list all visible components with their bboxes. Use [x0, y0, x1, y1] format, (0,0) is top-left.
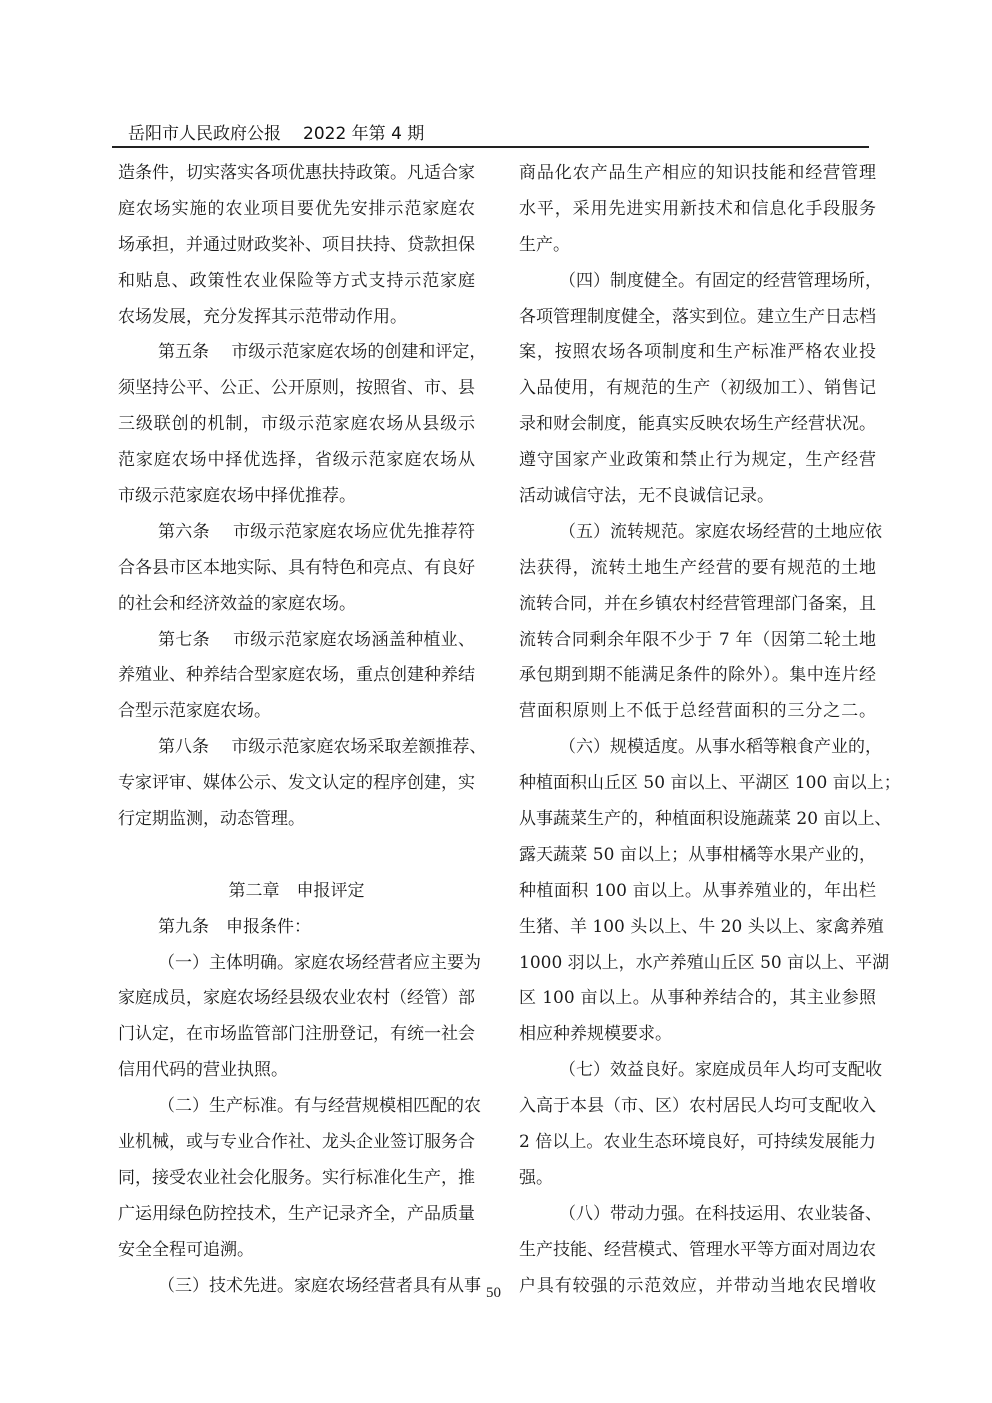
text-line: 种植面积山丘区 50 亩以上、平湖区 100 亩以上； [519, 766, 876, 802]
text-line: 第八条 市级示范家庭农场采取差额推荐、 [118, 730, 475, 766]
right-column: 商品化农产品生产相应的知识技能和经营管理水平，采用先进实用新技术和信息化手段服务… [519, 156, 876, 1305]
text-line: 区 100 亩以上。从事种养结合的，其主业参照 [519, 981, 876, 1017]
text-line: 生猪、羊 100 头以上、牛 20 头以上、家禽养殖 [519, 910, 876, 946]
text-line: 同，接受农业社会化服务。实行标准化生产，推 [118, 1161, 475, 1197]
text-line: 行定期监测，动态管理。 [118, 802, 475, 838]
text-line: 家庭成员，家庭农场经县级农业农村（经管）部 [118, 981, 475, 1017]
text-line: 庭农场实施的农业项目要优先安排示范家庭农 [118, 192, 475, 228]
text-line: 相应种养规模要求。 [519, 1017, 876, 1053]
text-line: （二）生产标准。有与经营规模相匹配的农 [118, 1089, 475, 1125]
text-line: 营面积原则上不低于总经营面积的三分之二。 [519, 694, 876, 730]
text-line: 从事蔬菜生产的，种植面积设施蔬菜 20 亩以上、 [519, 802, 876, 838]
text-line: 1000 羽以上，水产养殖山丘区 50 亩以上、平湖 [519, 946, 876, 982]
text-line: 场承担，并通过财政奖补、项目扶持、贷款担保 [118, 228, 475, 264]
issue-label: 2022 年第 4 期 [303, 124, 424, 144]
text-line: 须坚持公平、公正、公开原则，按照省、市、县 [118, 371, 475, 407]
running-header: 岳阳市人民政府公报2022 年第 4 期 [128, 119, 424, 144]
text-line: 活动诚信守法，无不良诚信记录。 [519, 479, 876, 515]
text-line: 广运用绿色防控技术，生产记录齐全，产品质量 [118, 1197, 475, 1233]
text-line: 第七条 市级示范家庭农场涵盖种植业、 [118, 623, 475, 659]
text-line: （八）带动力强。在科技运用、农业装备、 [519, 1197, 876, 1233]
text-line: 信用代码的营业执照。 [118, 1053, 475, 1089]
text-line: 强。 [519, 1161, 876, 1197]
text-line: （七）效益良好。家庭成员年人均可支配收 [519, 1053, 876, 1089]
text-line: 门认定，在市场监管部门注册登记，有统一社会 [118, 1017, 475, 1053]
text-line: 的社会和经济效益的家庭农场。 [118, 587, 475, 623]
text-line: 户具有较强的示范效应，并带动当地农民增收 [519, 1269, 876, 1305]
chapter-heading: 第二章 申报评定 [118, 874, 475, 910]
text-line: 承包期到期不能满足条件的除外）。集中连片经 [519, 658, 876, 694]
text-line: 和贴息、政策性农业保险等方式支持示范家庭 [118, 264, 475, 300]
text-line: 养殖业、种养结合型家庭农场，重点创建种养结 [118, 658, 475, 694]
text-line: 业机械，或与专业合作社、龙头企业签订服务合 [118, 1125, 475, 1161]
text-line: 第九条 申报条件： [118, 910, 475, 946]
text-line: 合各县市区本地实际、具有特色和亮点、有良好 [118, 551, 475, 587]
text-line: 流转合同，并在乡镇农村经营管理部门备案，且 [519, 587, 876, 623]
text-line: 合型示范家庭农场。 [118, 694, 475, 730]
text-line [118, 838, 475, 874]
text-line: （四）制度健全。有固定的经营管理场所， [519, 264, 876, 300]
text-line: 各项管理制度健全，落实到位。建立生产日志档 [519, 300, 876, 336]
text-line: 安全全程可追溯。 [118, 1233, 475, 1269]
text-line: 商品化农产品生产相应的知识技能和经营管理 [519, 156, 876, 192]
text-line: 2 倍以上。农业生态环境良好，可持续发展能力 [519, 1125, 876, 1161]
text-line: 法获得，流转土地生产经营的要有规范的土地 [519, 551, 876, 587]
text-line: （一）主体明确。家庭农场经营者应主要为 [118, 946, 475, 982]
text-line: 入高于本县（市、区）农村居民人均可支配收入 [519, 1089, 876, 1125]
text-line: 露天蔬菜 50 亩以上；从事柑橘等水果产业的， [519, 838, 876, 874]
text-line: 生产技能、经营模式、管理水平等方面对周边农 [519, 1233, 876, 1269]
page-number: 50 [486, 1285, 501, 1302]
text-line: 生产。 [519, 228, 876, 264]
text-line: （三）技术先进。家庭农场经营者具有从事 [118, 1269, 475, 1305]
text-line: 种植面积 100 亩以上。从事养殖业的，年出栏 [519, 874, 876, 910]
text-line: 流转合同剩余年限不少于 7 年（因第二轮土地 [519, 623, 876, 659]
text-line: 专家评审、媒体公示、发文认定的程序创建，实 [118, 766, 475, 802]
text-line: 水平，采用先进实用新技术和信息化手段服务 [519, 192, 876, 228]
text-line: 遵守国家产业政策和禁止行为规定，生产经营 [519, 443, 876, 479]
text-line: （六）规模适度。从事水稻等粮食产业的， [519, 730, 876, 766]
text-line: 三级联创的机制，市级示范家庭农场从县级示 [118, 407, 475, 443]
text-line: 农场发展，充分发挥其示范带动作用。 [118, 300, 475, 336]
text-line: 第六条 市级示范家庭农场应优先推荐符 [118, 515, 475, 551]
text-line: 案，按照农场各项制度和生产标准严格农业投 [519, 335, 876, 371]
left-column: 造条件，切实落实各项优惠扶持政策。凡适合家庭农场实施的农业项目要优先安排示范家庭… [118, 156, 475, 1305]
text-line: （五）流转规范。家庭农场经营的土地应依 [519, 515, 876, 551]
text-line: 入品使用，有规范的生产（初级加工）、销售记 [519, 371, 876, 407]
text-line: 录和财会制度，能真实反映农场生产经营状况。 [519, 407, 876, 443]
text-line: 市级示范家庭农场中择优推荐。 [118, 479, 475, 515]
header-rule [112, 146, 869, 148]
text-line: 造条件，切实落实各项优惠扶持政策。凡适合家 [118, 156, 475, 192]
text-line: 范家庭农场中择优选择，省级示范家庭农场从 [118, 443, 475, 479]
text-line: 第五条 市级示范家庭农场的创建和评定， [118, 335, 475, 371]
publication-title: 岳阳市人民政府公报 [128, 124, 281, 144]
